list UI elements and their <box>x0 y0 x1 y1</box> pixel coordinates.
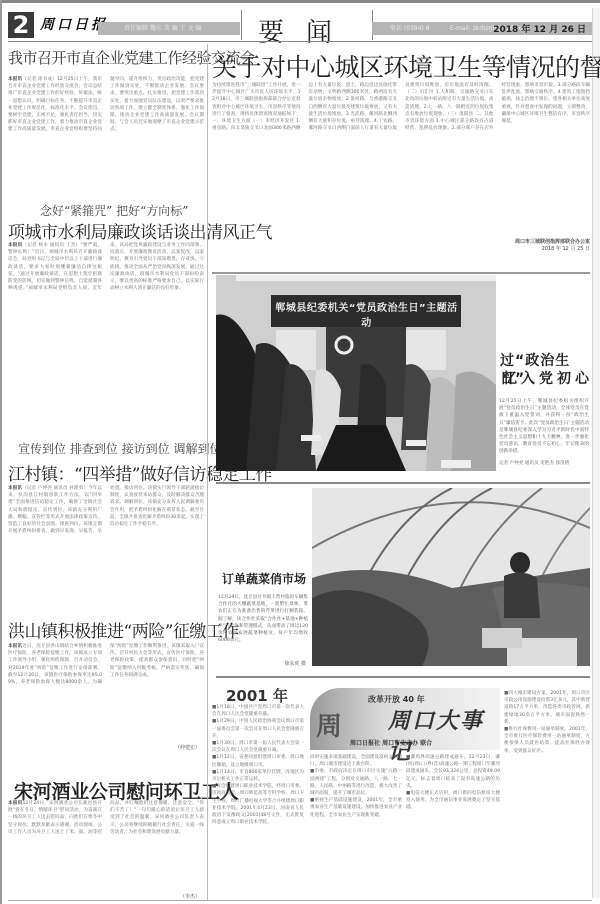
section-rule <box>212 272 590 274</box>
column-divider <box>207 44 208 900</box>
kicker-jiangcun: 宣传到位 排查到位 接访到位 调解到位 <box>18 440 221 457</box>
article-water-bureau: 本报讯（记者 杨永 通讯员 丁杰）“要严肃、警钟长鸣！”近日，项城市水利局召开廉… <box>8 242 204 424</box>
hongshan-signature: （仲建宏） <box>150 744 200 751</box>
left-border <box>0 0 2 904</box>
party-day-caption: 12月25日上午，郸城县纪委机关组织开展“党员政治生日”主题活动，全体党员在党旗… <box>499 398 589 468</box>
article-inspection: 为持续推进我市“三城联创”工作开展，进一步提升中心城区广大市民人居环境水平，12… <box>212 82 590 232</box>
photo-banner: 郸城县纪委机关“党员政治生日”主题活动 <box>274 299 459 329</box>
article-lead: 本报讯 <box>8 77 22 82</box>
chronicle-col-3: ■漯周界高速公路建成通车。12月23日，漯(河)周(口)界(首)高速公路一期工程… <box>406 754 500 898</box>
vegetables-title: 订单蔬菜俏市场 <box>222 570 312 588</box>
inspection-signature-date: 2018 年 12 月 25 日 <box>480 245 590 252</box>
issue-date: 2018 年 12 月 26 日 <box>493 22 586 35</box>
party-day-title-2: 忆入党初心 <box>503 370 595 388</box>
headline-hongshan: 洪山镇积极推进“两险”征缴工作 <box>8 617 239 642</box>
banner-sub: 周口日报社 周口市史志办 联合 <box>350 738 432 747</box>
page-number: 2 <box>8 12 34 38</box>
article-jiangcun: 本报讯（记者 卢仲亮 通讯员 孙建勇）今年以来，扶沟县江村镇创新工作方法，以“四… <box>8 485 204 590</box>
chronicle-banner: 周 改革开放 40 年 周口大事记 周口日报社 周口市史志办 联合 <box>310 688 500 750</box>
editors-strip: 责任编辑 魏东 美 编 王 文 编 <box>98 22 240 35</box>
chronicle-col-2: 同时实施多项基础建设，全面建设富裕文明周口，周口城市建设迈上新台阶。 ■市委、市… <box>310 754 402 898</box>
chronicle-col-1: ■1月18日，中国共产党周口市第一次代表大会在周口人民会堂隆重开幕。 ■1月29… <box>212 704 304 898</box>
contact-strip: 电话 (0394) 8 E-mail: zkrbzgb@126.com 2018… <box>372 22 592 35</box>
greenhouse-scene <box>312 488 590 666</box>
photo-rule <box>216 482 590 484</box>
masthead-rule <box>8 41 592 42</box>
hotline: 电话 (0394) 8 <box>390 22 430 35</box>
article-hongshan: 本报讯近日，沈丘县洪山镇结合乡情积极推进医疗保险、养老保险征缴工作，该镇成立专项… <box>8 643 204 743</box>
party-day-credit: 记者 卢仲亮 通讯员 史艳杰 徐苗倩 <box>499 460 589 467</box>
right-margin <box>592 8 600 898</box>
inspection-signature-org: 周口市三城联创指挥部联合办公室 <box>480 238 590 245</box>
section-title: 要闻 <box>241 12 371 49</box>
vegetables-caption: 12月24日，沈丘县付井镇王营村临时车辆集合作社的大棚蔬菜基地，一派繁忙景象，菜… <box>218 594 308 659</box>
article-songhe: 本报讯12月24日，宋河酒业公司在鹿邑县开展“爱在冬日，情暖环卫”慰问活动，为奋… <box>8 800 204 892</box>
article-party-meeting: 本报讯（记者 徐书成）12月25日上午，我市召开市直企业党建工作经验交流会，会议… <box>8 76 204 178</box>
photo-vegetables <box>312 488 590 666</box>
top-border <box>0 0 600 3</box>
vegetables-credit: 徐永虎 摄 <box>250 660 306 667</box>
songhe-signature: （李杰） <box>150 893 200 900</box>
chronicle-col-4: ■四大城市建设方案，2001年，周口市区市政公用设施建设投资3亿多元，其中新建道… <box>504 690 590 898</box>
bottom-rule <box>8 900 592 901</box>
chronicle-year: 2001 年 <box>212 685 302 706</box>
photo-party-day: 郸城县纪委机关“党员政治生日”主题活动 <box>216 275 496 471</box>
headline-inspection: 关于对中心城区环境卫生等情况的督查通报 <box>212 48 600 84</box>
banner-logo-icon: 周 <box>316 706 342 743</box>
photo-rule-2 <box>216 676 590 678</box>
kicker-water-bureau: 念好“紧箍咒” 把好“方向标” <box>40 202 188 219</box>
